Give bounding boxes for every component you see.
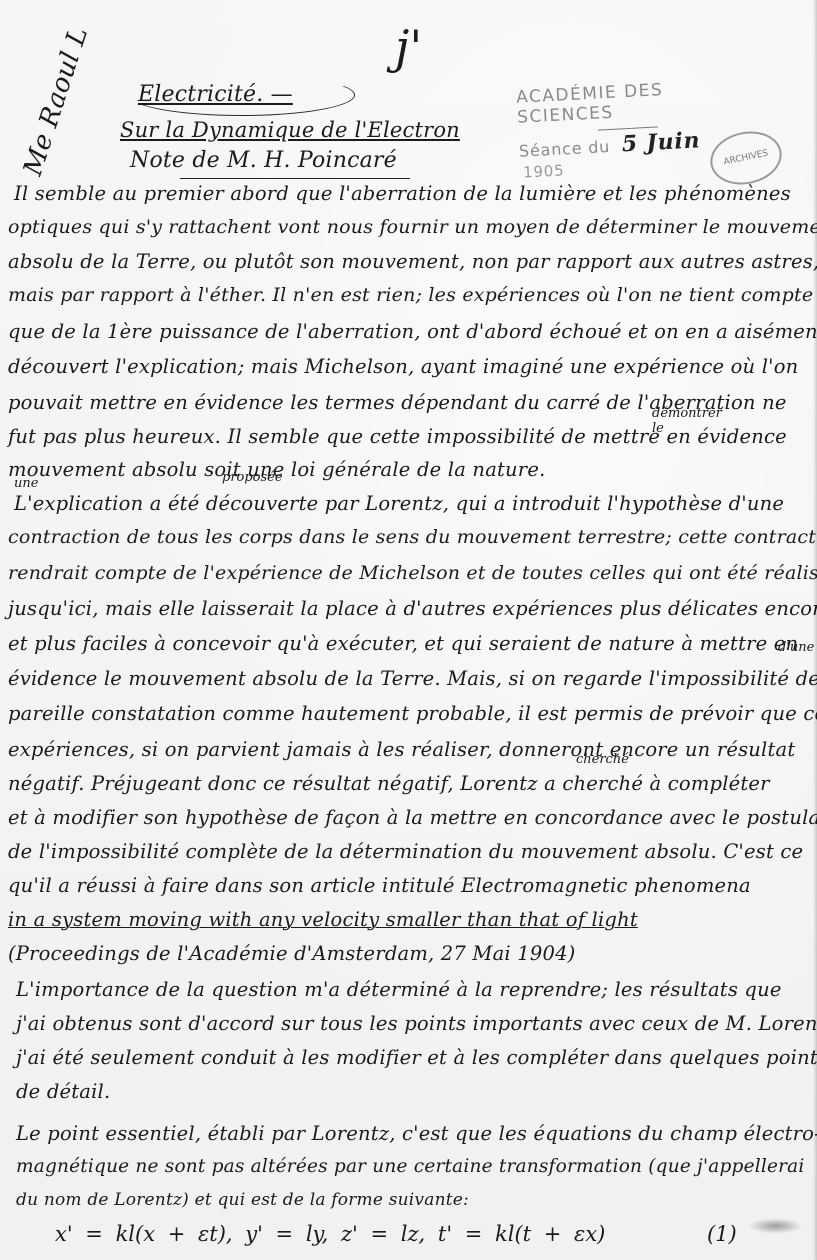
text-line: évidence le mouvement absolu de la Terre…: [8, 667, 817, 690]
text-line: absolu de la Terre, ou plutôt son mouvem…: [8, 250, 817, 273]
text-line: du nom de Lorentz) et qui est de la form…: [16, 1190, 469, 1210]
text-line: Il semble au premier abord que l'aberrat…: [14, 182, 791, 205]
stamp-session-year: 1905: [523, 161, 565, 181]
text-line: qu'il a réussi à faire dans son article …: [8, 874, 751, 897]
text-line: fut pas plus heureux. Il semble que cett…: [8, 425, 787, 448]
text-line: expériences, si on parvient jamais à les…: [8, 738, 795, 761]
text-line-citation: (Proceedings de l'Académie d'Amsterdam, …: [8, 942, 575, 965]
text-line: rendrait compte de l'expérience de Miche…: [8, 562, 817, 584]
text-line: jusqu'ici, mais elle laisserait la place…: [8, 597, 817, 620]
text-line: et à modifier son hypothèse de façon à l…: [8, 806, 817, 829]
text-line: négatif. Préjugeant donc ce résultat nég…: [8, 772, 770, 795]
text-line: L'explication a été découverte par Loren…: [14, 492, 784, 515]
stamp-session: Séance du 5 Juin 1905: [518, 125, 740, 181]
ink-smudge: [748, 1218, 803, 1234]
interlinear-correction: cherché: [576, 752, 629, 767]
text-line: j'ai été seulement conduit à les modifie…: [16, 1046, 817, 1069]
category-heading: Electricité. —: [138, 82, 293, 107]
author-underline: [180, 178, 410, 179]
folio-number: j': [395, 20, 422, 74]
text-line-article-title: in a system moving with any velocity sma…: [8, 908, 638, 931]
interlinear-correction: d'une: [778, 640, 814, 655]
stamp-institution: ACADÉMIE DES SCIENCES: [516, 76, 738, 127]
stamp-session-date: 5 Juin: [621, 127, 701, 157]
interlinear-correction: une: [14, 476, 38, 491]
text-line: contraction de tous les corps dans le se…: [8, 526, 817, 548]
author-line: Note de M. H. Poincaré: [130, 148, 397, 173]
text-line: magnétique ne sont pas altérées par une …: [16, 1156, 805, 1177]
text-line: L'importance de la question m'a détermin…: [16, 978, 782, 1001]
page-edge-shadow: [813, 0, 817, 1260]
text-line: Le point essentiel, établi par Lorentz, …: [16, 1122, 817, 1145]
academy-stamp: ACADÉMIE DES SCIENCES Séance du 5 Juin 1…: [516, 76, 741, 181]
text-line: et plus faciles à concevoir qu'à exécute…: [8, 632, 798, 655]
equation-number: (1): [707, 1222, 737, 1246]
text-line: optiques qui s'y rattachent vont nous fo…: [8, 216, 817, 238]
stamp-session-label: Séance du: [519, 137, 611, 161]
text-line: j'ai obtenus sont d'accord sur tous les …: [16, 1012, 817, 1035]
paper-title: Sur la Dynamique de l'Electron: [120, 118, 460, 142]
margin-annotation: Me Raoul L: [18, 23, 94, 179]
text-line: de l'impossibilité complète de la déterm…: [8, 840, 803, 863]
text-line: mais par rapport à l'éther. Il n'en est …: [8, 284, 813, 306]
interlinear-correction: proposée: [222, 470, 283, 485]
text-line: découvert l'explication; mais Michelson,…: [8, 355, 798, 378]
text-line: que de la 1ère puissance de l'aberration…: [8, 320, 817, 343]
text-line: de détail.: [16, 1080, 110, 1103]
text-line: pareille constatation comme hautement pr…: [8, 702, 817, 725]
manuscript-page: Me Raoul L j' Electricité. — Sur la Dyna…: [0, 0, 817, 1260]
lorentz-equation: x' = kl(x + εt), y' = ly, z' = lz, t' = …: [55, 1222, 605, 1246]
